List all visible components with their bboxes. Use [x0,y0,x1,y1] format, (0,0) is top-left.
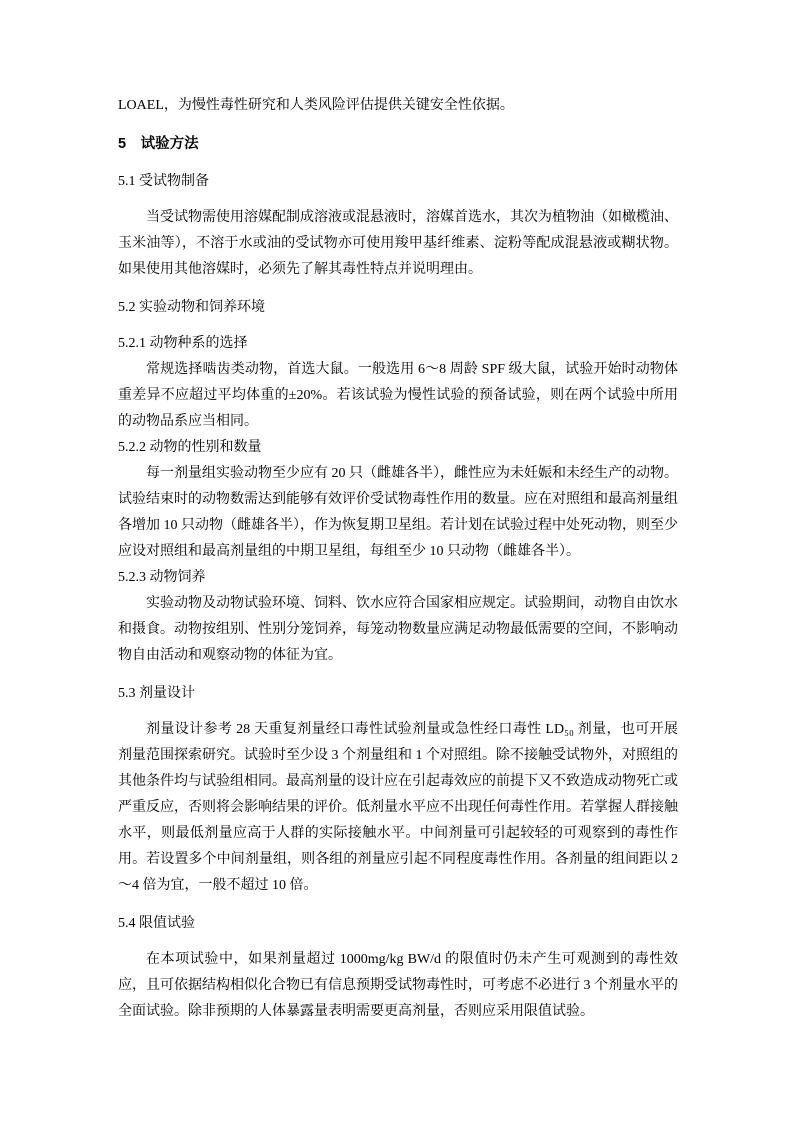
section-5-1-heading: 5.1 受试物制备 [118,169,678,195]
section-5-2-1-paragraph: 常规选择啮齿类动物，首选大鼠。一般选用 6～8 周龄 SPF 级大鼠，试验开始时… [118,357,678,435]
section-5-4-heading: 5.4 限值试验 [118,911,678,937]
section-5-2-3-paragraph: 实验动物及动物试验环境、饲料、饮水应符合国家相应规定。试验期间，动物自由饮水和摄… [118,591,678,669]
section-5-3-paragraph: 剂量设计参考 28 天重复剂量经口毒性试验剂量或急性经口毒性 LD₅₀ 剂量，也… [118,717,678,899]
section-5-2-2-paragraph: 每一剂量组实验动物至少应有 20 只（雌雄各半），雌性应为未妊娠和未经生产的动物… [118,461,678,565]
section-5-2-heading: 5.2 实验动物和饲养环境 [118,295,678,321]
section-5-1-paragraph: 当受试物需使用溶媒配制成溶液或混悬液时，溶媒首选水，其次为植物油（如橄榄油、玉米… [118,205,678,283]
section-5-2-1-heading: 5.2.1 动物种系的选择 [118,331,678,357]
section-5-heading: 5 试验方法 [118,131,678,157]
document-page: LOAEL，为慢性毒性研究和人类风险评估提供关键安全性依据。 5 试验方法 5.… [0,0,793,1122]
section-5-3-heading: 5.3 剂量设计 [118,681,678,707]
section-5-2-3-heading: 5.2.3 动物饲养 [118,565,678,591]
paragraph-loael-continuation: LOAEL，为慢性毒性研究和人类风险评估提供关键安全性依据。 [118,93,678,119]
section-5-4-paragraph: 在本项试验中，如果剂量超过 1000mg/kg BW/d 的限值时仍未产生可观测… [118,947,678,1025]
section-5-2-2-heading: 5.2.2 动物的性别和数量 [118,435,678,461]
